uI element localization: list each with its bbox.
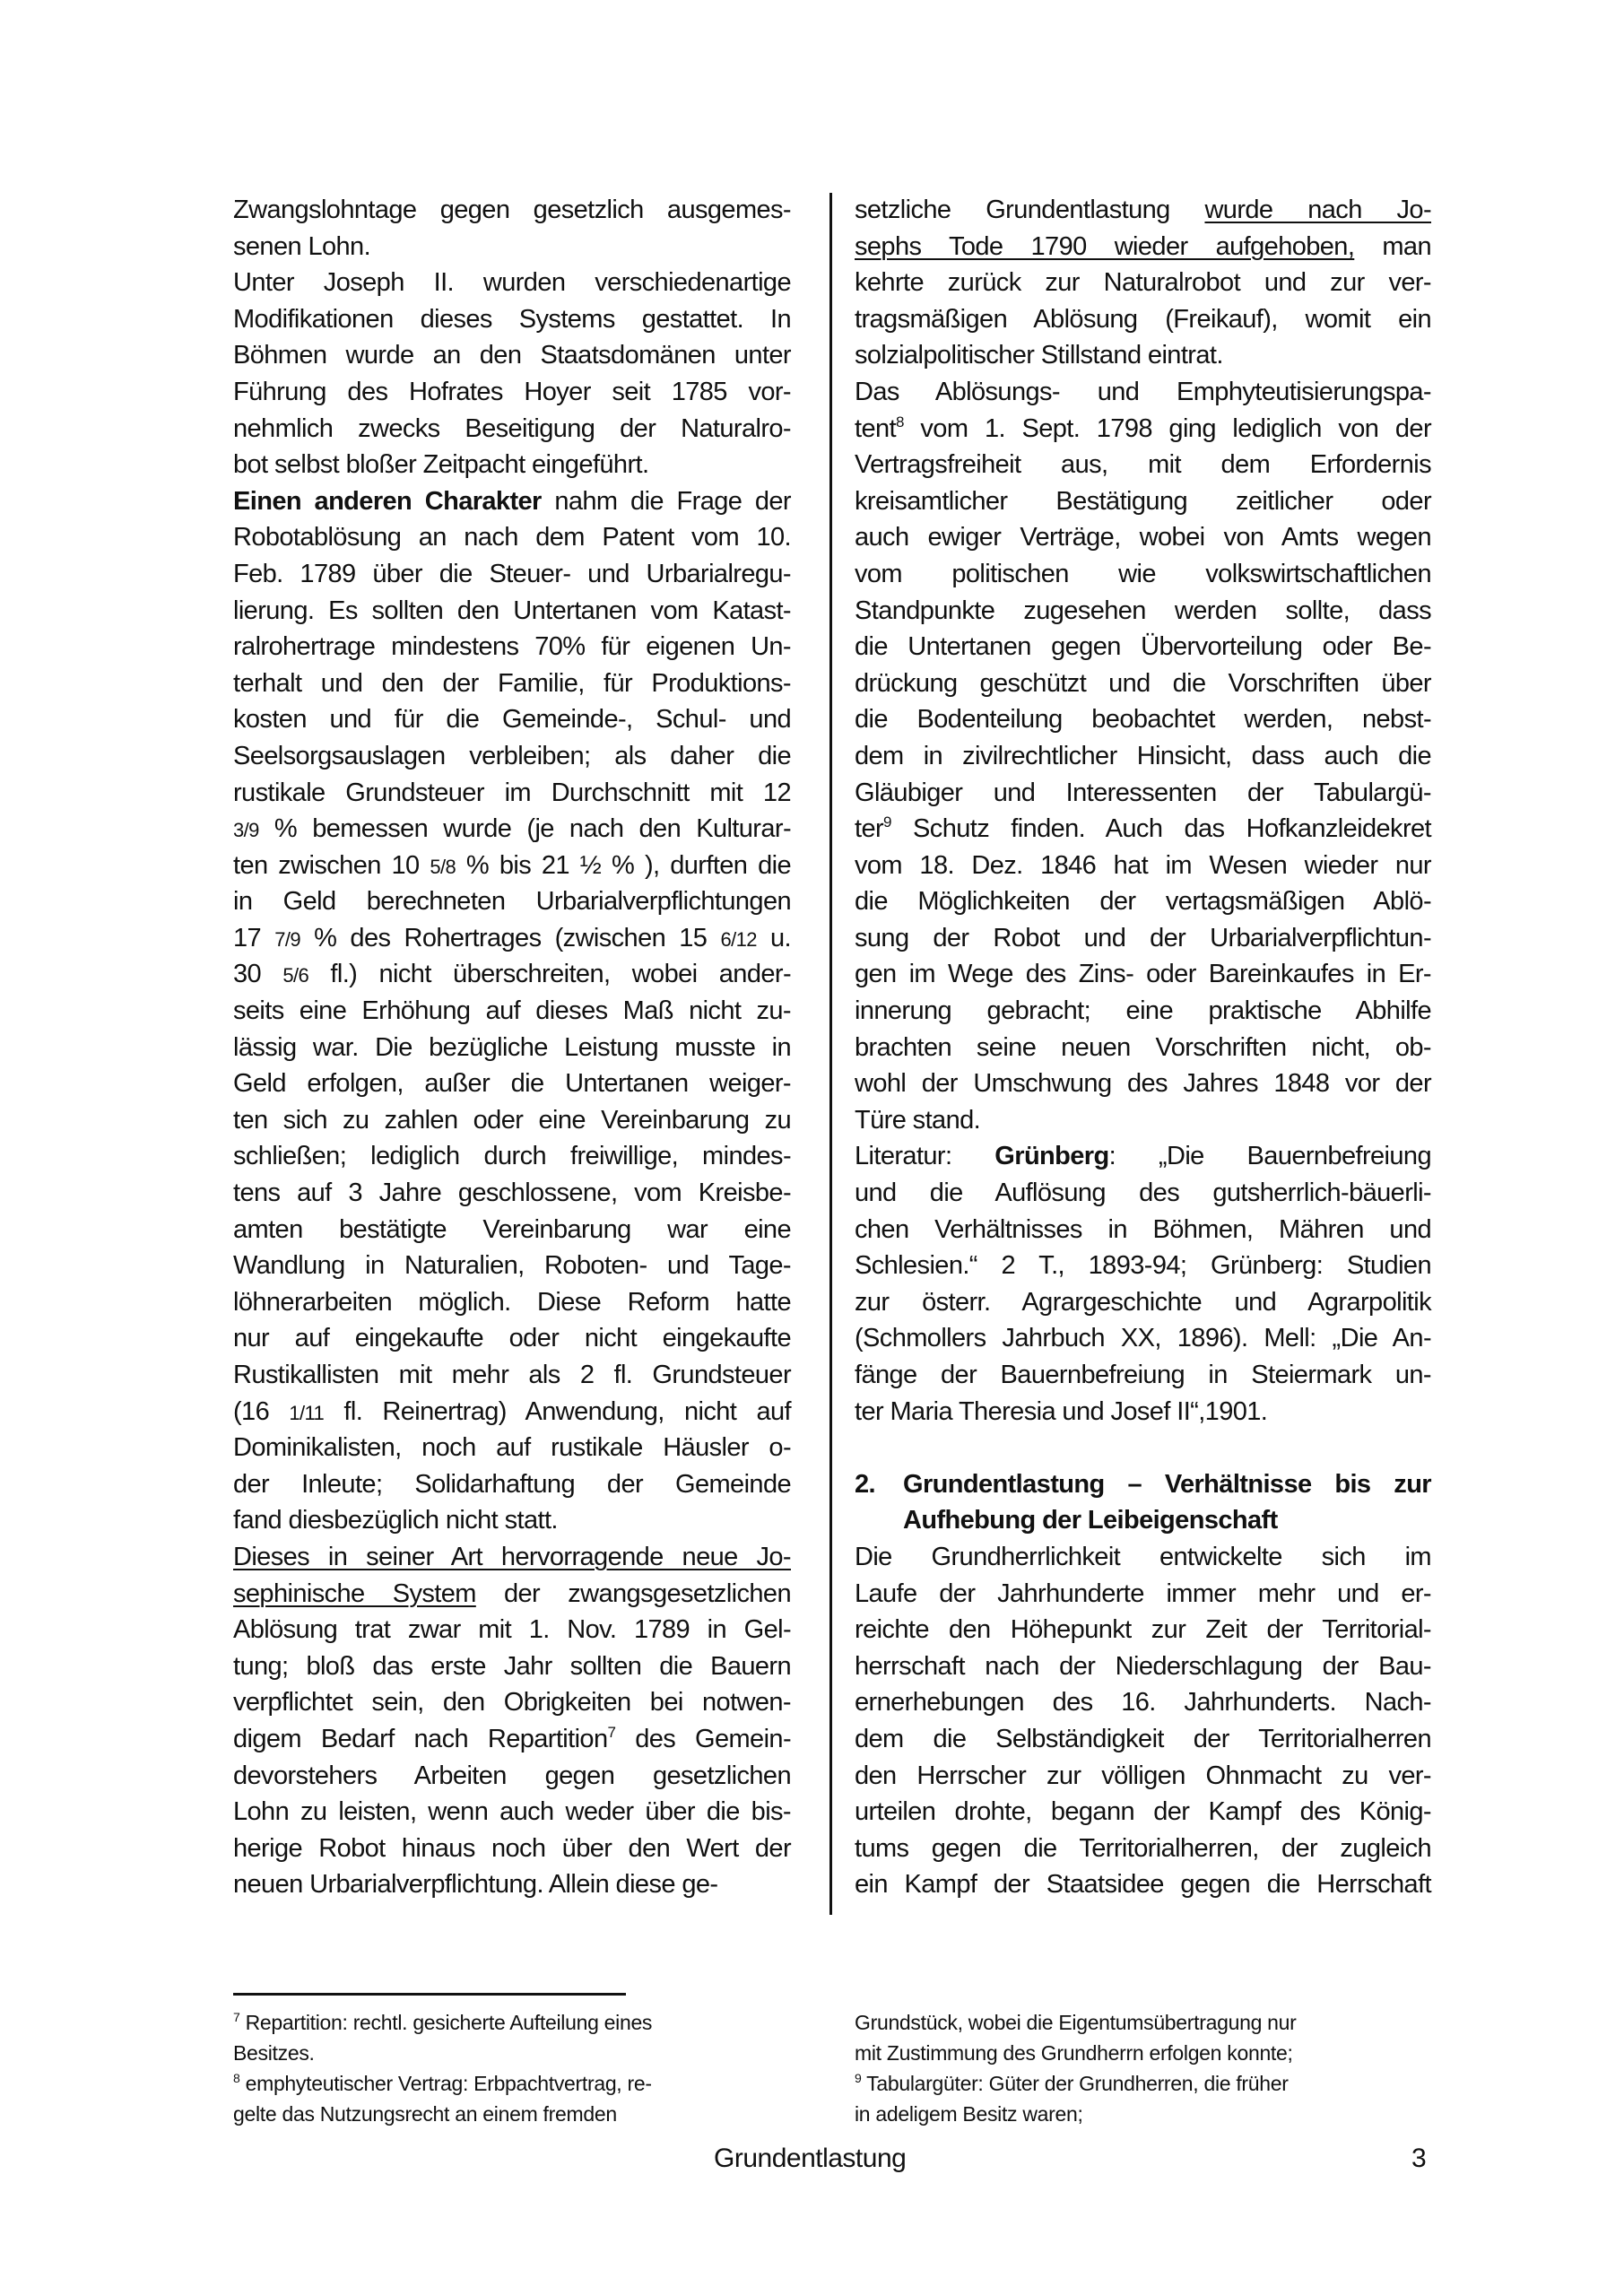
text-line: nehmlich zwecks Beseitigung der Naturalr… — [233, 411, 791, 448]
text-line: ein Kampf der Staatsidee gegen die Herrs… — [855, 1866, 1431, 1903]
text-line: ter9 Schutz finden. Auch das Hofkanzleid… — [855, 811, 1431, 848]
text-line: drückung geschützt und die Vorschriften … — [855, 665, 1431, 702]
text-line: Vertragsfreiheit aus, mit dem Erforderni… — [855, 447, 1431, 483]
text-line: sung der Robot und der Urbarialverpflich… — [855, 920, 1431, 957]
spacer — [855, 1430, 1431, 1466]
text-line: (16 1/11 fl. Reinertrag) Anwendung, nich… — [233, 1394, 791, 1431]
text-line: Lohn zu leisten, wenn auch weder über di… — [233, 1794, 791, 1831]
footnote-number: 7 — [233, 2010, 240, 2024]
text-line: rustikale Grundsteuer im Durchschnitt mi… — [233, 775, 791, 812]
footnotes-left: 7 Repartition: rechtl. gesicherte Auftei… — [233, 2007, 771, 2129]
text-run: % bis 21 ½ % ), durften die — [456, 851, 791, 880]
text-line: die Bodenteilung beobachtet werden, nebs… — [855, 701, 1431, 738]
text-run: ter — [855, 814, 883, 843]
text-line: Schlesien.“ 2 T., 1893-94; Grünberg: Stu… — [855, 1248, 1431, 1284]
text-line: fänge der Bauernbefreiung in Steiermark … — [855, 1357, 1431, 1394]
text-line: Führung des Hofrates Hoyer seit 1785 vor… — [233, 374, 791, 411]
text-run: Literatur: — [855, 1142, 994, 1170]
text-run: % des Rohertrages (zwischen 15 — [300, 924, 720, 952]
text-line: vom politischen wie volkswirtschaftliche… — [855, 556, 1431, 593]
text-line: Dominikalisten, noch auf rustikale Häusl… — [233, 1430, 791, 1466]
text-run: tent — [855, 414, 896, 443]
text-run: u. — [757, 924, 791, 952]
text-run: ten zwischen 10 — [233, 851, 430, 880]
text-line: herige Robot hinaus noch über den Wert d… — [233, 1831, 791, 1867]
text-run: des Gemein- — [615, 1725, 791, 1753]
text-line: Gläubiger und Interessenten der Tabularg… — [855, 775, 1431, 812]
text-line: wohl der Umschwung des Jahres 1848 vor d… — [855, 1065, 1431, 1102]
text-line: lierung. Es sollten den Untertanen vom K… — [233, 593, 791, 630]
text-line: brachten seine neuen Vorschriften nicht,… — [855, 1030, 1431, 1066]
text-line: ten zwischen 10 5/8 % bis 21 ½ % ), durf… — [233, 848, 791, 884]
text-line: 3/9 % bemessen wurde (je nach den Kultur… — [233, 811, 791, 848]
text-line: urteilen drohte, begann der Kampf des Kö… — [855, 1794, 1431, 1831]
text-line: verpflichtet sein, den Obrigkeiten bei n… — [233, 1684, 791, 1721]
text-run: setzliche Grundentlastung — [855, 196, 1204, 224]
footnote-ref: 8 — [896, 413, 904, 430]
text-line: (Schmollers Jahrbuch XX, 1896). Mell: „D… — [855, 1320, 1431, 1357]
text-line: Feb. 1789 über die Steuer- und Urbarialr… — [233, 556, 791, 593]
heading-number: 2. — [855, 1466, 903, 1503]
text-run: digem Bedarf nach Repartition — [233, 1725, 608, 1753]
text-line: Robotablösung an nach dem Patent vom 10. — [233, 519, 791, 556]
text-line: devorstehers Arbeiten gegen gesetzlichen — [233, 1758, 791, 1795]
text-line: neuen Urbarialverpflichtung. Allein dies… — [233, 1866, 791, 1903]
page-number: 3 — [1411, 2144, 1426, 2174]
text-line: fand diesbezüglich nicht statt. — [233, 1502, 791, 1539]
footnote-ref: 9 — [883, 813, 891, 831]
text-line: schließen; lediglich durch freiwillige, … — [233, 1138, 791, 1175]
text-line: kehrte zurück zur Naturalrobot und zur v… — [855, 265, 1431, 301]
text-line: lässig war. Die bezügliche Leistung muss… — [233, 1030, 791, 1066]
text-line: tens auf 3 Jahre geschlossene, vom Kreis… — [233, 1175, 791, 1212]
text-line: ter Maria Theresia und Josef II“,1901. — [855, 1394, 1431, 1431]
text-run: fl. Reinertrag) Anwendung, nicht auf — [324, 1397, 791, 1426]
footnotes-right: Grundstück, wobei die Eigentumsübertragu… — [855, 2007, 1411, 2129]
text-line: Die Grundherrlichkeit entwickelte sich i… — [855, 1539, 1431, 1576]
text-run: nahm die Frage der — [542, 487, 791, 516]
text-line: Geld erfolgen, außer die Untertanen weig… — [233, 1065, 791, 1102]
text-line: kreisamtlicher Bestätigung zeitlicher od… — [855, 483, 1431, 520]
text-line: tung; bloß das erste Jahr sollten die Ba… — [233, 1648, 791, 1685]
text-line: herrschaft nach der Niederschlagung der … — [855, 1648, 1431, 1685]
text-run: vom 1. Sept. 1798 ging lediglich von der — [904, 414, 1431, 443]
text-line: terhalt und den der Familie, für Produkt… — [233, 665, 791, 702]
text-run: : „Die Bauernbefreiung — [1109, 1142, 1431, 1170]
text-line: tent8 vom 1. Sept. 1798 ging lediglich v… — [855, 411, 1431, 448]
text-line: Rustikallisten mit mehr als 2 fl. Grunds… — [233, 1357, 791, 1394]
text-run: Schutz finden. Auch das Hofkanzleidekret — [891, 814, 1431, 843]
text-line: setzliche Grundentlastung wurde nach Jo- — [855, 192, 1431, 229]
text-line: chen Verhältnisses in Böhmen, Mähren und — [855, 1212, 1431, 1248]
text-line: tums gegen die Territorialherren, der zu… — [855, 1831, 1431, 1867]
text-run: (16 — [233, 1397, 289, 1426]
text-line: sephinische System der zwangsgesetzliche… — [233, 1576, 791, 1613]
text-line: der Inleute; Solidarhaftung der Gemeinde — [233, 1466, 791, 1503]
footnote-line: 7 Repartition: rechtl. gesicherte Auftei… — [233, 2007, 771, 2038]
underlined-phrase: wurde nach Jo- — [1204, 196, 1431, 224]
text-line: seits eine Erhöhung auf dieses Maß nicht… — [233, 993, 791, 1030]
column-divider — [829, 193, 832, 1915]
text-line: 17 7/9 % des Rohertrages (zwischen 15 6/… — [233, 920, 791, 957]
underlined-phrase: Dieses in seiner Art hervorragende neue … — [233, 1543, 791, 1571]
fraction: 7/9 — [274, 928, 300, 951]
text-line: Seelsorgsauslagen verbleiben; als daher … — [233, 738, 791, 775]
text-line: nur auf eingekaufte oder nicht eingekauf… — [233, 1320, 791, 1357]
text-line: sephs Tode 1790 wieder aufgehoben, man — [855, 229, 1431, 265]
text-line: gen im Wege des Zins- oder Bareinkaufes … — [855, 956, 1431, 993]
text-line: vom 18. Dez. 1846 hat im Wesen wieder nu… — [855, 848, 1431, 884]
text-line: dem die Selbständigkeit der Territorialh… — [855, 1721, 1431, 1758]
footnote-line: in adeligem Besitz waren; — [855, 2099, 1411, 2129]
text-line: und die Auflösung des gutsherrlich-bäuer… — [855, 1175, 1431, 1212]
bold-term: Grünberg — [994, 1142, 1108, 1170]
text-line: Modifikationen dieses Systems gestattet.… — [233, 301, 791, 338]
fraction: 1/11 — [289, 1402, 324, 1424]
text-run: % bemessen wurde (je nach den Kulturar- — [259, 814, 791, 843]
text-line: Unter Joseph II. wurden verschiedenartig… — [233, 265, 791, 301]
text-line: die Möglichkeiten der vertagsmäßigen Abl… — [855, 883, 1431, 920]
text-run: der zwangsgesetzlichen — [476, 1579, 791, 1608]
text-line: bot selbst bloßer Zeitpacht eingeführt. — [233, 447, 791, 483]
text-line: den Herrscher zur völligen Ohnmacht zu v… — [855, 1758, 1431, 1795]
text-line: kosten und für die Gemeinde-, Schul- und — [233, 701, 791, 738]
text-line: tragsmäßigen Ablösung (Freikauf), womit … — [855, 301, 1431, 338]
footnote-line: 8 emphyteutischer Vertrag: Erbpachtvertr… — [233, 2068, 771, 2099]
text-run: man — [1354, 232, 1431, 261]
fraction: 3/9 — [233, 819, 259, 841]
text-run: 17 — [233, 924, 274, 952]
text-line: in Geld berechneten Urbarialverpflichtun… — [233, 883, 791, 920]
text-line: Dieses in seiner Art hervorragende neue … — [233, 1539, 791, 1576]
footnote-number: 9 — [855, 2071, 862, 2085]
footnote-line: 9 Tabulargüter: Güter der Grundherren, d… — [855, 2068, 1411, 2099]
text-line: auch ewiger Verträge, wobei von Amts weg… — [855, 519, 1431, 556]
text-line: löhnerarbeiten möglich. Diese Reform hat… — [233, 1284, 791, 1321]
text-line: Das Ablösungs- und Emphyteutisierungspa- — [855, 374, 1431, 411]
text-run: 30 — [233, 960, 282, 988]
text-line: Standpunkte zugesehen werden sollte, das… — [855, 593, 1431, 630]
text-line: solzialpolitischer Stillstand eintrat. — [855, 337, 1431, 374]
text-line: dem in zivilrechtlicher Hinsicht, dass a… — [855, 738, 1431, 775]
text-line: Literatur: Grünberg: „Die Bauernbefreiun… — [855, 1138, 1431, 1175]
underlined-phrase: sephs Tode 1790 wieder aufgehoben, — [855, 232, 1354, 261]
footnote-line: gelte das Nutzungsrecht an einem fremden — [233, 2099, 771, 2129]
heading-text: Grundentlastung – Verhältnisse bis zur — [903, 1470, 1431, 1499]
text-line: amten bestätigte Vereinbarung war eine — [233, 1212, 791, 1248]
heading-line-1: 2.Grundentlastung – Verhältnisse bis zur — [855, 1466, 1431, 1503]
footnote-number: 8 — [233, 2071, 240, 2085]
text-line: Türe stand. — [855, 1102, 1431, 1139]
text-line: Böhmen wurde an den Staatsdomänen unter — [233, 337, 791, 374]
text-line: senen Lohn. — [233, 229, 791, 265]
text-line: Zwangslohntage gegen gesetzlich ausgemes… — [233, 192, 791, 229]
text-line: ten sich zu zahlen oder eine Vereinbarun… — [233, 1102, 791, 1139]
footnote-line: Grundstück, wobei die Eigentumsübertragu… — [855, 2007, 1411, 2038]
text-line: digem Bedarf nach Repartition7 des Gemei… — [233, 1721, 791, 1758]
footer-title: Grundentlastung — [714, 2144, 906, 2174]
text-line: reichte den Höhepunkt zur Zeit der Terri… — [855, 1612, 1431, 1648]
text-line: Laufe der Jahrhunderte immer mehr und er… — [855, 1576, 1431, 1613]
right-column: setzliche Grundentlastung wurde nach Jo-… — [855, 192, 1431, 1903]
fraction: 6/12 — [720, 928, 756, 951]
footnote-line: mit Zustimmung des Grundherrn erfolgen k… — [855, 2038, 1411, 2068]
text-line: Ablösung trat zwar mit 1. Nov. 1789 in G… — [233, 1612, 791, 1648]
heading-line-2: Aufhebung der Leibeigenschaft — [855, 1502, 1431, 1539]
fraction: 5/6 — [282, 964, 308, 987]
text-line: innerung gebracht; eine praktische Abhil… — [855, 993, 1431, 1030]
footnote-line: Besitzes. — [233, 2038, 771, 2068]
text-line: zur österr. Agrargeschichte und Agrarpol… — [855, 1284, 1431, 1321]
text-line: ernerhebungen des 16. Jahrhunderts. Nach… — [855, 1684, 1431, 1721]
fraction: 5/8 — [430, 856, 456, 878]
text-line: die Untertanen gegen Übervorteilung oder… — [855, 629, 1431, 665]
text-line: Einen anderen Charakter nahm die Frage d… — [233, 483, 791, 520]
text-run: fl.) nicht überschreiten, wobei ander- — [308, 960, 791, 988]
left-column: Zwangslohntage gegen gesetzlich ausgemes… — [233, 192, 791, 1903]
text-line: 30 5/6 fl.) nicht überschreiten, wobei a… — [233, 956, 791, 993]
section-heading: 2.Grundentlastung – Verhältnisse bis zur… — [855, 1466, 1431, 1539]
underlined-phrase: sephinische System — [233, 1579, 476, 1608]
footnote-separator — [233, 1993, 626, 1996]
text-line: Wandlung in Naturalien, Roboten- und Tag… — [233, 1248, 791, 1284]
text-line: ralrohertrage mindestens 70% für eigenen… — [233, 629, 791, 665]
bold-term: Einen anderen Charakter — [233, 487, 542, 516]
